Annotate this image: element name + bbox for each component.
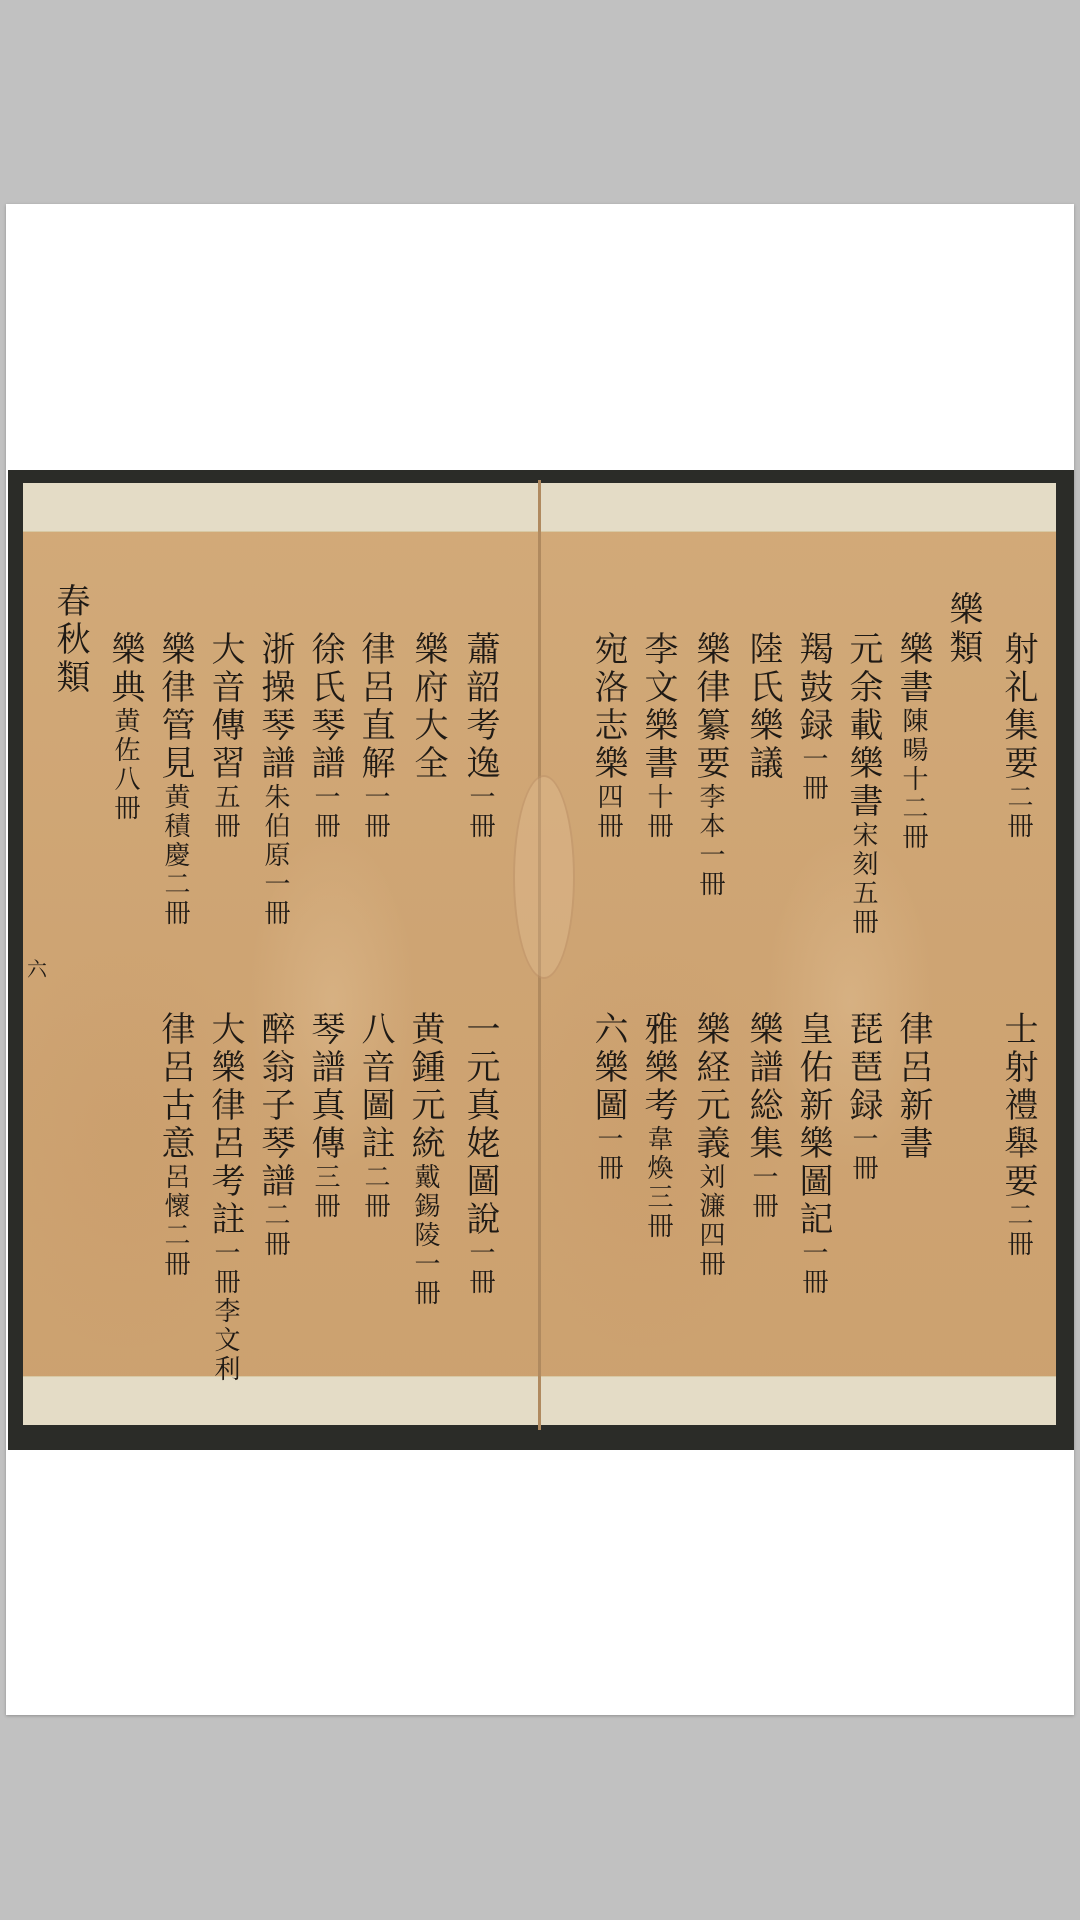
entry-note: 一冊 (465, 783, 495, 841)
entry-note: 呂懷二冊 (160, 1163, 190, 1279)
entry-note: 一冊 (465, 1239, 495, 1297)
entry-column: 士射禮舉要二冊 (1001, 1011, 1035, 1259)
entry-note: 一冊 (848, 1125, 878, 1183)
entry-note: 一冊 (310, 783, 340, 841)
entry-column: 樂律管見黄積慶二冊 (158, 631, 192, 928)
entry-title: 射礼集要 (998, 631, 1038, 783)
entry-column: 八音圖註二冊 (358, 1011, 392, 1221)
entry-column: 樂典黄佐八冊 (108, 631, 142, 823)
entry-note: 李本一冊 (695, 783, 725, 899)
left-page: 蕭韶考逸一冊 樂府大全 律呂直解一冊 徐氏琴譜一冊 浙操琴譜朱伯原一冊 大音傳習… (23, 483, 538, 1425)
entry-note: 朱伯原一冊 (260, 783, 290, 928)
entry-note: 四冊 (593, 783, 623, 841)
entry-title: 羯鼓録 (793, 631, 833, 745)
entry-column: 樂経元義刘濂四冊 (693, 1011, 727, 1279)
entry-column: 李文樂書十冊 (641, 631, 675, 841)
entry-title: 八音圖註 (355, 1011, 395, 1163)
entry-note: 宋刻五冊 (848, 821, 878, 937)
entry-title: 樂書 (893, 631, 933, 707)
entry-note: 二冊 (260, 1201, 290, 1259)
entry-column: 一元真姥圖說一冊 (463, 1011, 497, 1297)
entry-column: 琵琶録一冊 (846, 1011, 880, 1183)
entry-note: 黄佐八冊 (110, 707, 140, 823)
entry-title: 律呂古意 (155, 1011, 195, 1163)
entry-title: 醉翁子琴譜 (255, 1011, 295, 1201)
entry-column: 樂律纂要李本一冊 (693, 631, 727, 899)
entry-note: 戴錫陵一冊 (410, 1163, 440, 1308)
entry-column: 樂府大全 (411, 631, 445, 783)
entry-title: 琵琶録 (843, 1011, 883, 1125)
entry-note: 二冊 (1003, 1201, 1033, 1259)
entry-note: 一冊 (748, 1163, 778, 1221)
entry-note: 十冊 (643, 783, 673, 841)
entry-title: 一元真姥圖說 (460, 1011, 500, 1239)
entry-title: 樂律纂要 (690, 631, 730, 783)
heading-text: 春秋類 (50, 583, 90, 697)
entry-note: 一冊 (798, 745, 828, 803)
right-page: 射礼集要二冊 樂類 樂書陳暘十二冊 元余載樂書宋刻五冊 羯鼓録一冊 陸氏樂議 樂… (541, 483, 1056, 1425)
section-heading-chunqiu: 春秋類 (53, 583, 87, 697)
entry-column: 六樂圖一冊 (591, 1011, 625, 1183)
entry-title: 皇佑新樂圖記 (793, 1011, 833, 1239)
entry-title: 六樂圖 (588, 1011, 628, 1125)
entry-title: 琴譜真傳 (305, 1011, 345, 1163)
entry-column: 羯鼓録一冊 (796, 631, 830, 803)
entry-column: 黄鍾元統戴錫陵一冊 (408, 1011, 442, 1308)
entry-note: 韋煥三冊 (643, 1125, 673, 1241)
entry-note: 一冊 (798, 1239, 828, 1297)
entry-title: 樂経元義 (690, 1011, 730, 1163)
entry-note: 黄積慶二冊 (160, 783, 190, 928)
entry-note: 一冊 (593, 1125, 623, 1183)
entry-title: 宛洛志樂 (588, 631, 628, 783)
entry-column: 浙操琴譜朱伯原一冊 (258, 631, 292, 928)
entry-title: 陸氏樂議 (743, 631, 783, 783)
entry-note: 一冊 (360, 783, 390, 841)
entry-note: 一冊李文利 (210, 1239, 240, 1384)
entry-column: 琴譜真傳三冊 (308, 1011, 342, 1221)
left-top-margin (23, 483, 538, 532)
water-stain (513, 775, 575, 979)
section-heading-yue: 樂類 (946, 591, 980, 667)
entry-column: 雅樂考韋煥三冊 (641, 1011, 675, 1241)
entry-title: 李文樂書 (638, 631, 678, 783)
entry-note: 二冊 (360, 1163, 390, 1221)
heading-text: 樂類 (943, 591, 983, 667)
entry-title: 元余載樂書 (843, 631, 883, 821)
entry-column: 樂書陳暘十二冊 (896, 631, 930, 852)
entry-title: 大樂律呂考註 (205, 1011, 245, 1239)
entry-title: 徐氏琴譜 (305, 631, 345, 783)
entry-title: 蕭韶考逸 (460, 631, 500, 783)
right-top-margin (541, 483, 1056, 532)
right-bottom-margin (541, 1376, 1056, 1425)
left-bottom-margin (23, 1376, 538, 1425)
entry-column: 陸氏樂議 (746, 631, 780, 783)
entry-column: 律呂新書 (896, 1011, 930, 1163)
entry-column: 律呂直解一冊 (358, 631, 392, 841)
entry-title: 浙操琴譜 (255, 631, 295, 783)
entry-column: 樂譜総集一冊 (746, 1011, 780, 1221)
book-spread: 蕭韶考逸一冊 樂府大全 律呂直解一冊 徐氏琴譜一冊 浙操琴譜朱伯原一冊 大音傳習… (8, 470, 1074, 1450)
entry-title: 士射禮舉要 (998, 1011, 1038, 1201)
entry-title: 雅樂考 (638, 1011, 678, 1125)
entry-title: 樂典 (105, 631, 145, 707)
page-number: 六 (27, 953, 47, 982)
entry-column: 大音傳習五冊 (208, 631, 242, 841)
entry-note: 二冊 (1003, 783, 1033, 841)
entry-note: 刘濂四冊 (695, 1163, 725, 1279)
entry-column: 醉翁子琴譜二冊 (258, 1011, 292, 1259)
entry-column: 皇佑新樂圖記一冊 (796, 1011, 830, 1297)
entry-title: 樂府大全 (408, 631, 448, 783)
entry-title: 律呂新書 (893, 1011, 933, 1163)
entry-title: 黄鍾元統 (405, 1011, 445, 1163)
entry-title: 樂律管見 (155, 631, 195, 783)
entry-column: 元余載樂書宋刻五冊 (846, 631, 880, 937)
entry-title: 樂譜総集 (743, 1011, 783, 1163)
entry-column: 大樂律呂考註一冊李文利 (208, 1011, 242, 1384)
entry-title: 律呂直解 (355, 631, 395, 783)
entry-column: 宛洛志樂四冊 (591, 631, 625, 841)
entry-column: 律呂古意呂懷二冊 (158, 1011, 192, 1279)
entry-title: 大音傳習 (205, 631, 245, 783)
entry-column: 蕭韶考逸一冊 (463, 631, 497, 841)
entry-note: 三冊 (310, 1163, 340, 1221)
entry-column: 徐氏琴譜一冊 (308, 631, 342, 841)
entry-column: 射礼集要二冊 (1001, 631, 1035, 841)
entry-note: 陳暘十二冊 (898, 707, 928, 852)
entry-note: 五冊 (210, 783, 240, 841)
